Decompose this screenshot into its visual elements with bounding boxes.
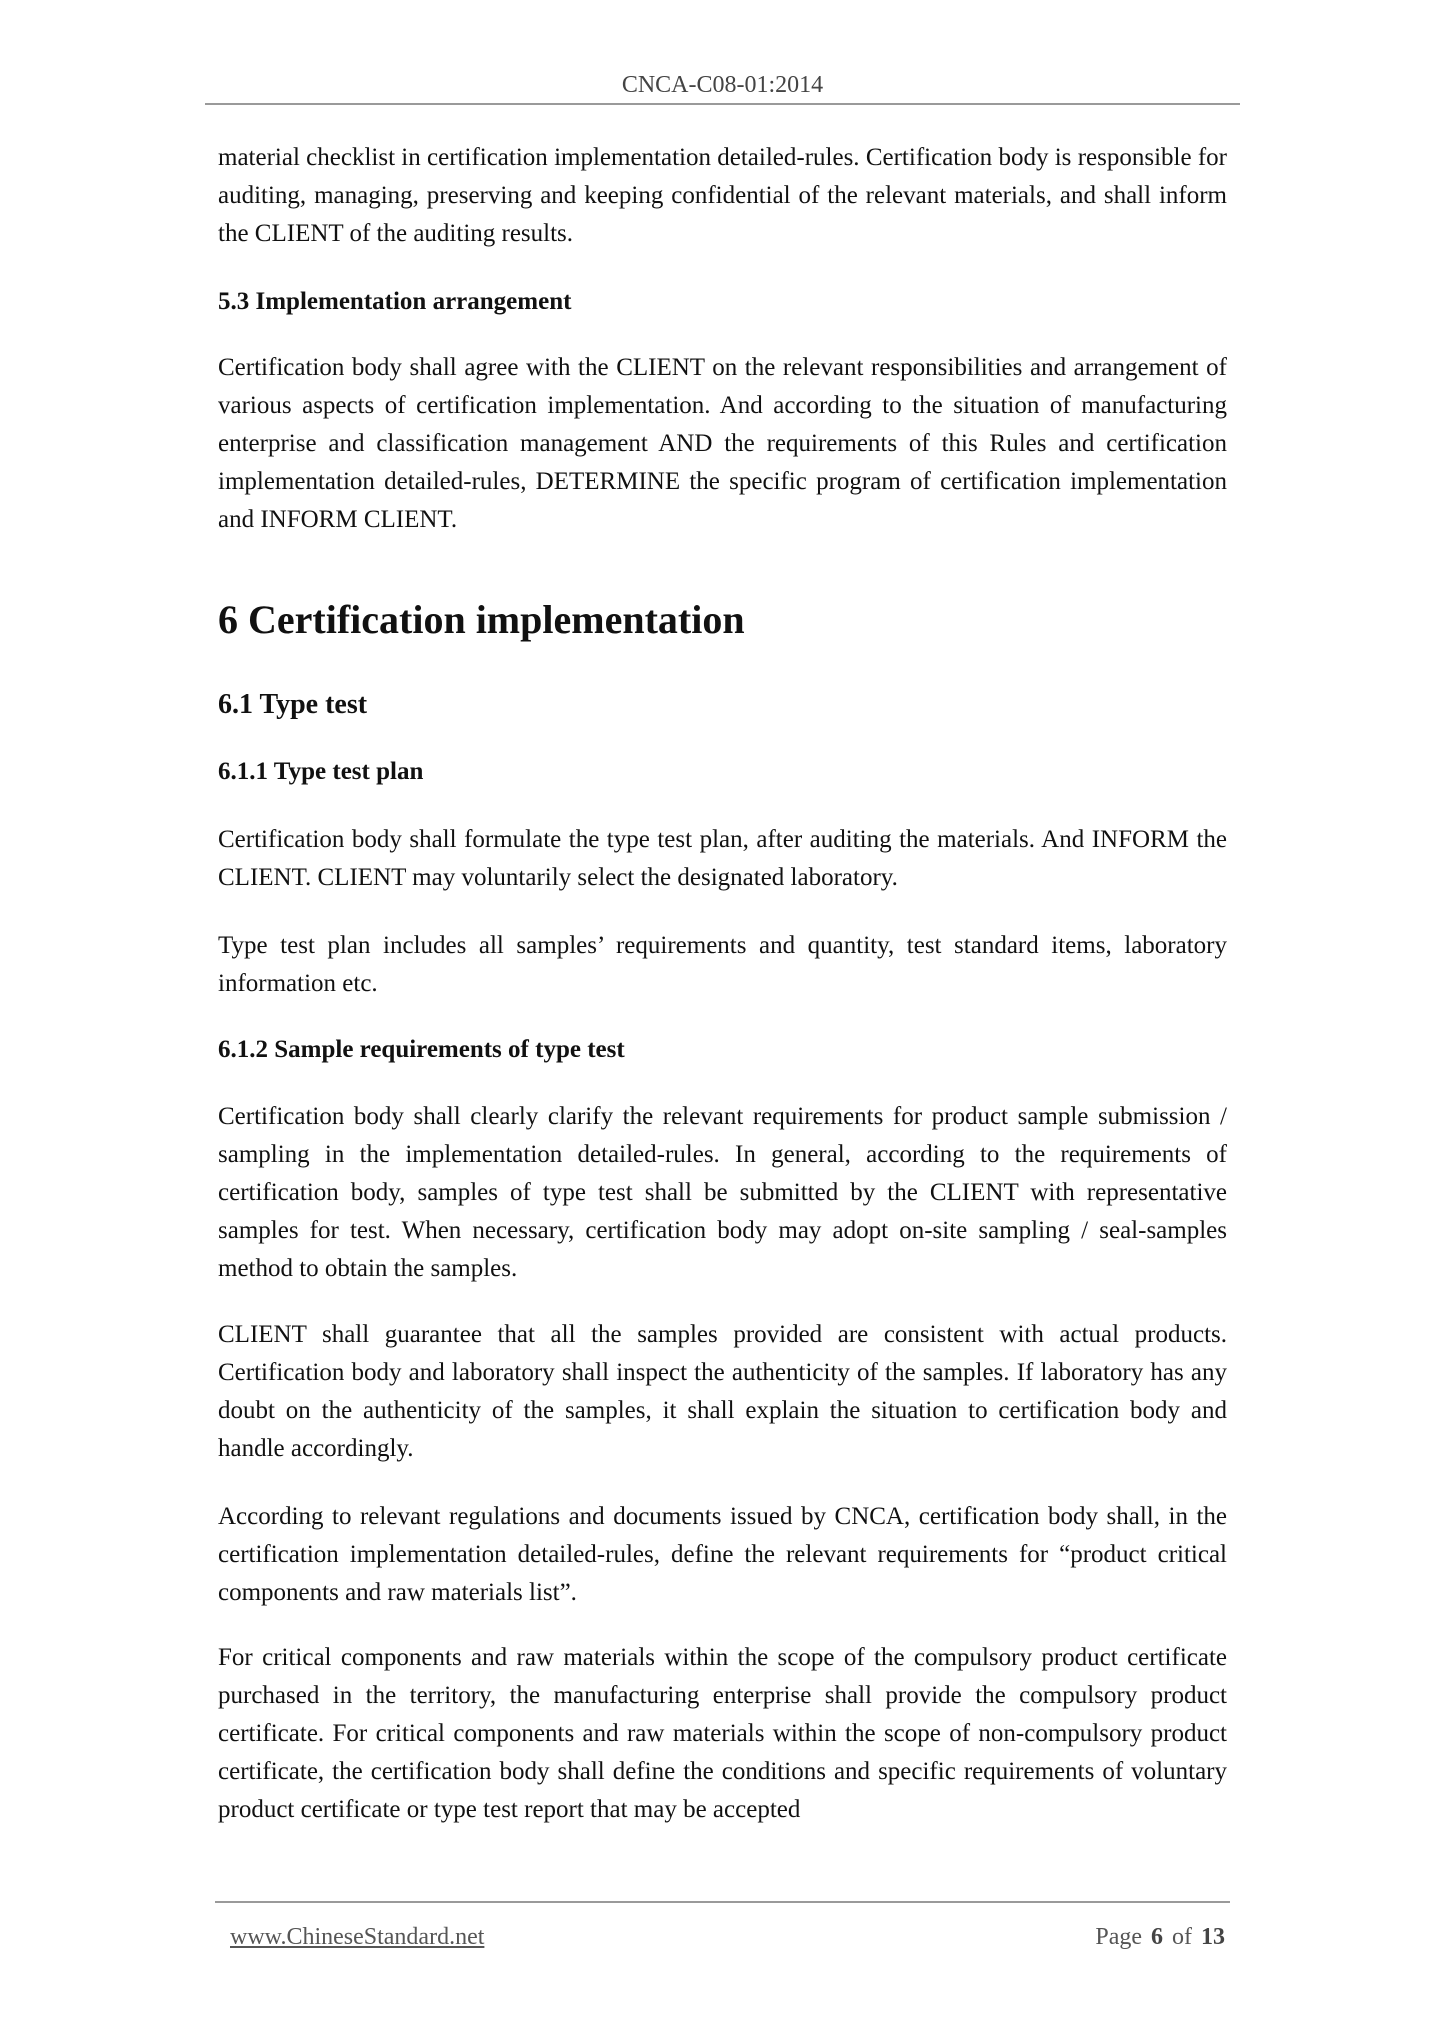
paragraph-sample-requirements-2: CLIENT shall guarantee that all the samp… bbox=[218, 1316, 1227, 1468]
paragraph-type-test-plan-1: Certification body shall formulate the t… bbox=[218, 821, 1227, 897]
paragraph-material-checklist: material checklist in certification impl… bbox=[218, 139, 1227, 253]
page-total: 13 bbox=[1201, 1924, 1225, 1950]
page-number: Page 6 of 13 bbox=[1092, 1922, 1225, 1952]
heading-6-1-2: 6.1.2 Sample requirements of type test bbox=[218, 1033, 1227, 1067]
page-label: Page bbox=[1095, 1924, 1142, 1950]
header-divider bbox=[205, 103, 1240, 105]
heading-6-1-1: 6.1.1 Type test plan bbox=[218, 755, 1227, 789]
heading-5-3: 5.3 Implementation arrangement bbox=[218, 285, 1227, 319]
page-of-label: of bbox=[1172, 1924, 1192, 1950]
heading-6: 6 Certification implementation bbox=[218, 595, 1227, 645]
document-id-header: CNCA-C08-01:2014 bbox=[205, 70, 1240, 100]
heading-6-1: 6.1 Type test bbox=[218, 687, 1227, 723]
paragraph-implementation-arrangement: Certification body shall agree with the … bbox=[218, 349, 1227, 539]
page-current: 6 bbox=[1151, 1924, 1163, 1950]
paragraph-sample-requirements-1: Certification body shall clearly clarify… bbox=[218, 1098, 1227, 1288]
paragraph-type-test-plan-2: Type test plan includes all samples’ req… bbox=[218, 927, 1227, 1003]
paragraph-sample-requirements-4: For critical components and raw material… bbox=[218, 1639, 1227, 1829]
website-link[interactable]: www.ChineseStandard.net bbox=[230, 1922, 484, 1952]
footer-divider bbox=[215, 1901, 1230, 1903]
paragraph-sample-requirements-3: According to relevant regulations and do… bbox=[218, 1498, 1227, 1612]
